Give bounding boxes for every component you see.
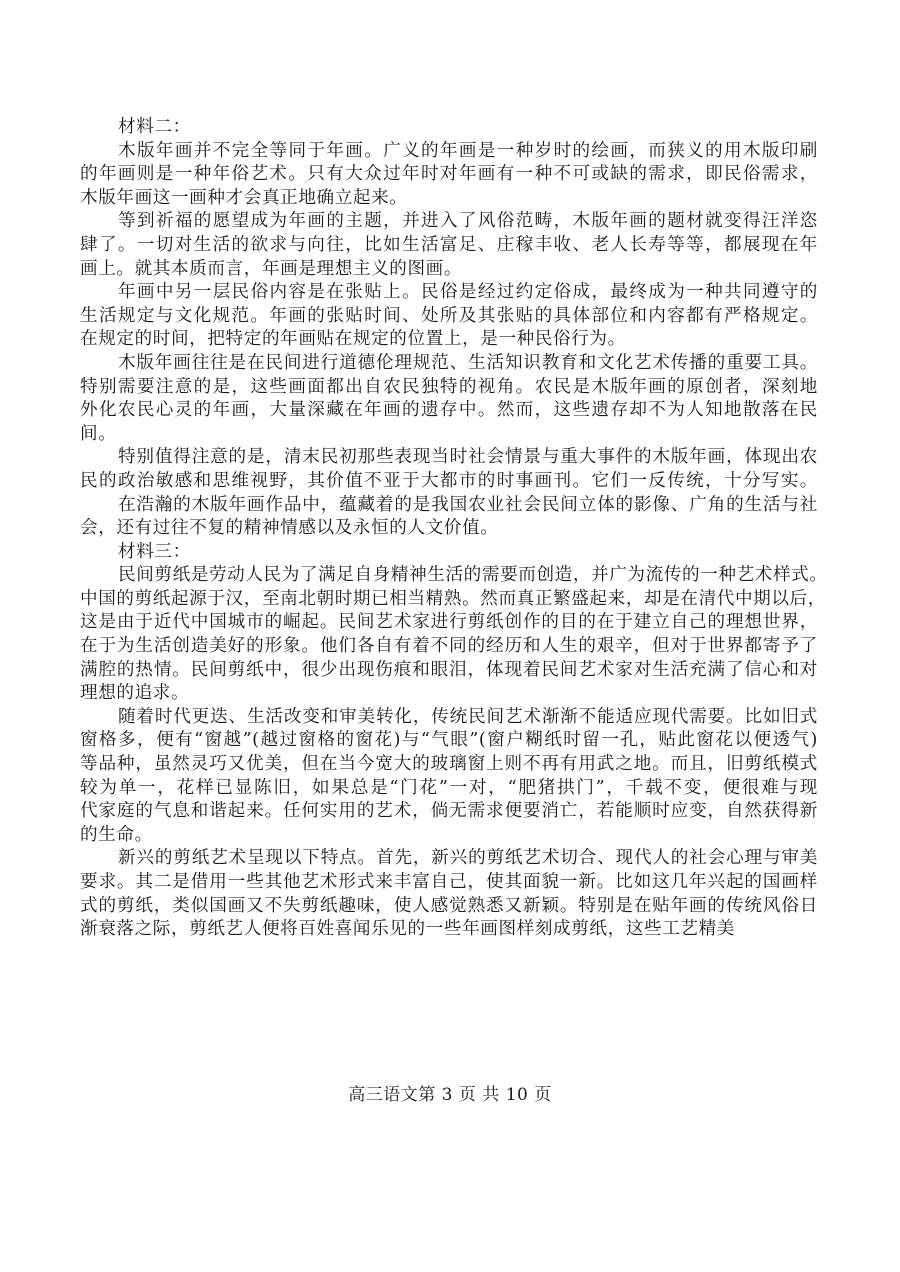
text-line: 在规定的时间，把特定的年画贴在规定的位置上，是一种民俗行为。 — [80, 328, 818, 352]
text-line: 理想的追求。 — [80, 682, 818, 706]
text-line: 特别需要注意的是，这些画面都出自农民独特的视角。农民是木版年画的原创者，深刻地 — [80, 376, 818, 400]
text-line: 的年画则是一种年俗艺术。只有大众过年时对年画有一种不可或缺的需求，即民俗需求， — [80, 163, 818, 187]
text-line: 这是由于近代中国城市的崛起。民间艺术家进行剪纸创作的目的在于建立自己的理想世界， — [80, 611, 818, 635]
text-line: 特别值得注意的是，清末民初那些表现当时社会情景与重大事件的木版年画，体现出农 — [80, 446, 818, 470]
text-line: 渐衰落之际，剪纸艺人便将百姓喜闻乐见的一些年画图样刻成剪纸，这些工艺精美 — [80, 918, 818, 942]
text-line: 等到祈福的愿望成为年画的主题，并进入了风俗范畴，木版年画的题材就变得汪洋恣 — [80, 210, 818, 234]
text-line: 民的政治敏感和思维视野，其价值不亚于大都市的时事画刊。它们一反传统，十分写实。 — [80, 470, 818, 494]
text-line: 间。 — [80, 423, 818, 447]
text-line: 画上。就其本质而言，年画是理想主义的图画。 — [80, 258, 818, 282]
text-line: 等品种，虽然灵巧又优美，但在当今宽大的玻璃窗上则不再有用武之地。而且，旧剪纸模式 — [80, 753, 818, 777]
text-line: 年画中另一层民俗内容是在张贴上。民俗是经过约定俗成，最终成为一种共同遵守的 — [80, 281, 818, 305]
text-line: 木版年画并不完全等同于年画。广义的年画是一种岁时的绘画，而狭义的用木版印刷 — [80, 140, 818, 164]
text-line: 会，还有过往不复的精神情感以及永恒的人文价值。 — [80, 517, 818, 541]
text-line: 肆了。一切对生活的欲求与向往，比如生活富足、庄稼丰收、老人长寿等等，都展现在年 — [80, 234, 818, 258]
text-line: 新兴的剪纸艺术呈现以下特点。首先，新兴的剪纸艺术切合、现代人的社会心理与审美 — [80, 847, 818, 871]
text-line: 在浩瀚的木版年画作品中，蕴藏着的是我国农业社会民间立体的影像、广角的生活与社 — [80, 494, 818, 518]
text-line: 木版年画往往是在民间进行道德伦理规范、生活知识教育和文化艺术传播的重要工具。 — [80, 352, 818, 376]
exam-page: 材料二：木版年画并不完全等同于年画。广义的年画是一种岁时的绘画，而狭义的用木版印… — [0, 0, 900, 1272]
text-line: 木版年画这一画种才会真正地确立起来。 — [80, 187, 818, 211]
text-line: 在于为生活创造美好的形象。他们各自有着不同的经历和人生的艰辛，但对于世界都寄予了 — [80, 635, 818, 659]
text-line: 外化农民心灵的年画，大量深藏在年画的遗存中。然而，这些遗存却不为人知地散落在民 — [80, 399, 818, 423]
text-line: 要求。其二是借用一些其他艺术形式来丰富自己，使其面貌一新。比如这几年兴起的国画样 — [80, 871, 818, 895]
section-heading: 材料二： — [80, 116, 818, 140]
text-line: 的生命。 — [80, 824, 818, 848]
text-line: 满腔的热情。民间剪纸中，很少出现伤痕和眼泪，体现着民间艺术家对生活充满了信心和对 — [80, 659, 818, 683]
text-line: 民间剪纸是劳动人民为了满足自身精神生活的需要而创造，并广为流传的一种艺术样式。 — [80, 564, 818, 588]
text-line: 中国的剪纸起源于汉，至南北朝时期已相当精熟。然而真正繁盛起来，却是在清代中期以后… — [80, 588, 818, 612]
text-line: 生活规定与文化规范。年画的张贴时间、处所及其张贴的具体部位和内容都有严格规定。 — [80, 305, 818, 329]
text-line: 随着时代更迭、生活改变和审美转化，传统民间艺术渐渐不能适应现代需要。比如旧式 — [80, 706, 818, 730]
reading-material-body: 材料二：木版年画并不完全等同于年画。广义的年画是一种岁时的绘画，而狭义的用木版印… — [80, 116, 818, 942]
text-line: 代家庭的气息和谐起来。任何实用的艺术，倘无需求便要消亡，若能顺时应变，自然获得新 — [80, 800, 818, 824]
section-heading: 材料三： — [80, 541, 818, 565]
text-line: 较为单一，花样已显陈旧，如果总是“门花”一对，“肥猪拱门”，千载不变，便很难与现 — [80, 777, 818, 801]
page-footer: 高三语文第 3 页 共 10 页 — [0, 1080, 900, 1105]
text-line: 窗格多，便有“窗越”(越过窗格的窗花)与“气眼”(窗户糊纸时留一孔，贴此窗花以便… — [80, 729, 818, 753]
text-line: 式的剪纸，类似国画又不失剪纸趣味，使人感觉熟悉又新颖。特别是在贴年画的传统风俗日 — [80, 895, 818, 919]
